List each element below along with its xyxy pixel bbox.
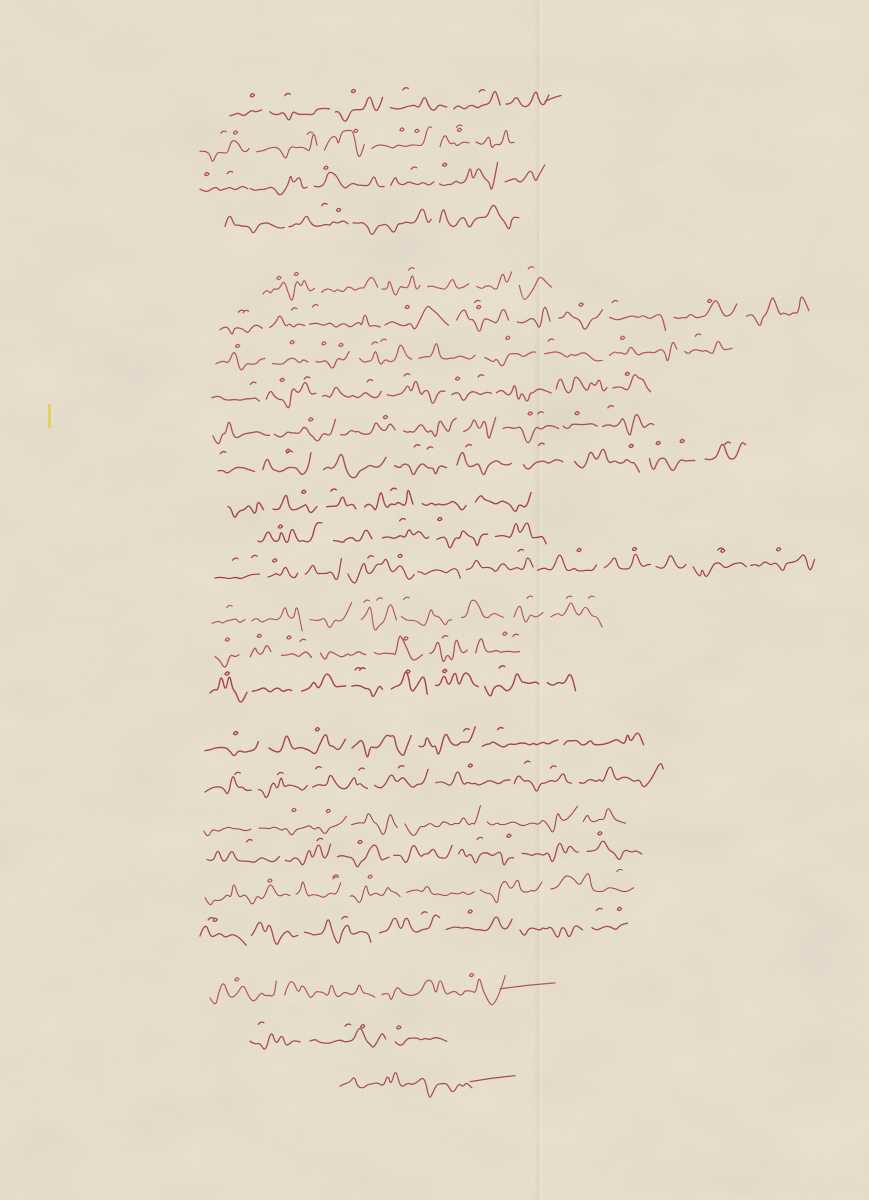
handwritten-line bbox=[207, 832, 642, 867]
handwritten-line bbox=[210, 973, 555, 1004]
block-closing bbox=[210, 973, 555, 1097]
handwritten-line bbox=[200, 907, 628, 945]
handwritten-line bbox=[230, 88, 561, 121]
handwritten-line bbox=[205, 727, 644, 757]
handwritten-line bbox=[218, 439, 746, 477]
handwritten-line bbox=[220, 297, 809, 334]
manuscript-page bbox=[0, 0, 869, 1200]
paper-fold-crease bbox=[534, 0, 544, 1200]
paper-texture bbox=[0, 0, 869, 1200]
handwriting-ink-layer bbox=[0, 0, 869, 1200]
handwritten-line bbox=[216, 334, 732, 370]
handwritten-line bbox=[215, 547, 815, 583]
handwritten-line bbox=[213, 406, 654, 444]
block-paragraph-1 bbox=[212, 267, 809, 517]
handwritten-line bbox=[225, 203, 519, 234]
handwritten-line bbox=[210, 666, 576, 702]
block-paragraph-2 bbox=[210, 517, 815, 701]
handwritten-line bbox=[215, 632, 520, 667]
handwritten-line bbox=[205, 869, 634, 904]
block-paragraph-3 bbox=[200, 727, 663, 945]
handwritten-line bbox=[228, 488, 531, 517]
handwritten-line bbox=[200, 162, 545, 194]
handwritten-line bbox=[263, 267, 552, 300]
handwritten-line bbox=[250, 1022, 447, 1049]
handwritten-line bbox=[204, 806, 626, 836]
handwritten-line bbox=[258, 517, 546, 547]
block-invocation bbox=[200, 88, 561, 235]
signature-line bbox=[340, 1073, 515, 1097]
handwritten-line bbox=[205, 761, 663, 797]
handwritten-line bbox=[212, 372, 651, 408]
yellow-ink-mark bbox=[48, 404, 51, 428]
handwritten-line bbox=[200, 125, 514, 161]
